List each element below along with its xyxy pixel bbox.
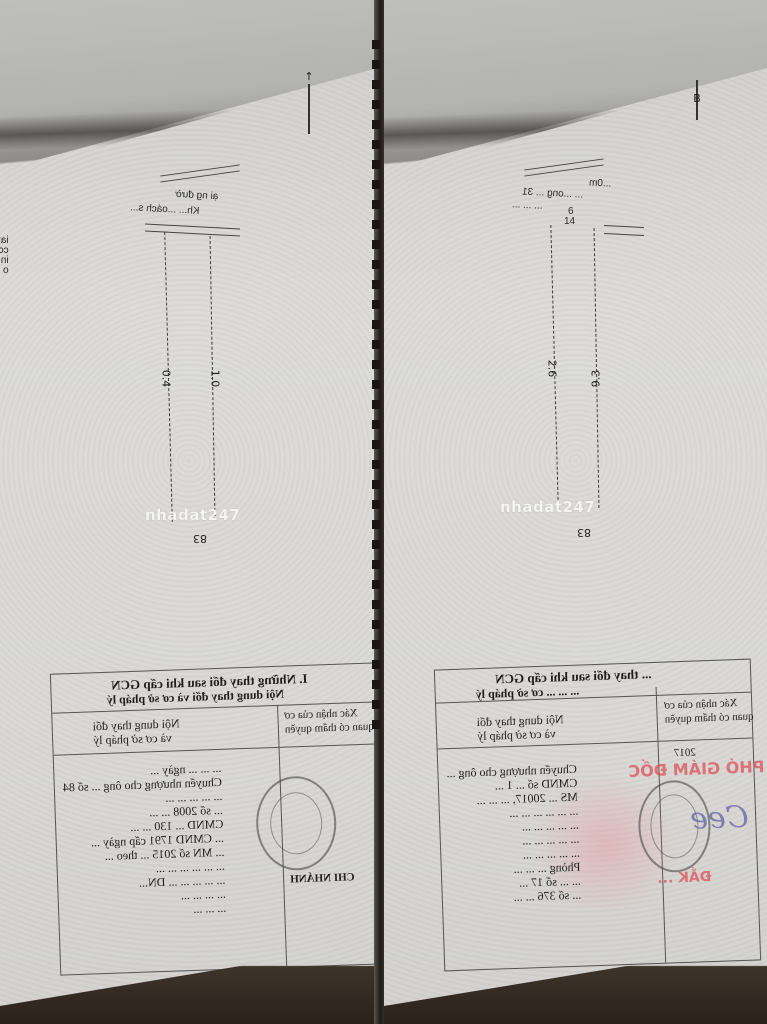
table-body-text: Chuyển nhượng cho ông ... CMND số ... 1 … <box>446 762 581 906</box>
dimension-right: 9.3 <box>589 370 602 388</box>
table-body-text: ... ... ... ngày ... Chuyển nhượng cho ô… <box>62 761 226 920</box>
col-header-confirm-2: quan có thẩm quyền <box>664 709 753 726</box>
plot-top-edge <box>145 224 240 230</box>
plot-right-boundary <box>594 228 600 508</box>
plot-top-edge <box>604 225 644 228</box>
red-stamp-name: ĐẮK ... <box>657 869 712 887</box>
right-page: B ...0m ... ...ong ... 31 ... ... ... 6 … <box>384 0 767 1024</box>
plot-label: 83 <box>193 532 207 545</box>
stamp-caption: CHI NHÁNH <box>290 870 355 886</box>
dimension-right: 1.0 <box>208 370 221 388</box>
binding-holes <box>372 40 380 740</box>
watermark: nhadat247 <box>500 498 595 516</box>
col-header-content-2: và cơ sở pháp lý <box>93 731 172 748</box>
watermark: nhadat247 <box>145 506 240 524</box>
plot-road-line <box>524 158 603 170</box>
changes-table: ... thay đổi sau khi cấp GCN ... ... ...… <box>434 659 761 972</box>
road-width-label: ...0m <box>589 177 612 189</box>
road-label-2: Kh... ...oách s... <box>130 202 200 217</box>
margin-text: iat cc in o <box>0 236 9 276</box>
plot-road-line <box>524 164 603 176</box>
plot-road-line <box>160 170 239 182</box>
plot-label: 83 <box>577 526 591 539</box>
road-label: ại ng đườ <box>175 189 219 202</box>
map-sheet-number: 14 <box>564 216 575 227</box>
changes-table: I. Những thay đổi sau khi cấp GCN Nội du… <box>50 662 378 975</box>
dimension-left: 0.4 <box>159 370 172 388</box>
signature: Cee <box>690 800 750 837</box>
official-seal <box>255 775 338 872</box>
north-arrow-icon: ↑ <box>308 84 310 134</box>
north-arrow-icon: B <box>696 80 698 120</box>
col-header-content-2: và cơ sở pháp lý <box>477 726 556 743</box>
date-fragment: 2017 <box>674 746 696 761</box>
plot-top-edge <box>604 233 644 236</box>
road-label-2: ... ... ... <box>512 199 543 212</box>
page-shadow <box>384 0 767 175</box>
page-shadow <box>0 0 378 175</box>
plot-top-edge <box>145 231 240 237</box>
road-label: ... ...ong ... 31 <box>522 186 584 200</box>
dimension-left: 2.6 <box>545 360 558 378</box>
red-stamp-title: PHÓ GIÁM ĐỐC <box>628 757 765 781</box>
plot-road-line <box>160 164 239 176</box>
col-header-confirm-2: quan có thẩm quyền <box>285 720 374 737</box>
left-page: ↑ ại ng đườ Kh... ...oách s... iat cc in… <box>0 0 378 1024</box>
